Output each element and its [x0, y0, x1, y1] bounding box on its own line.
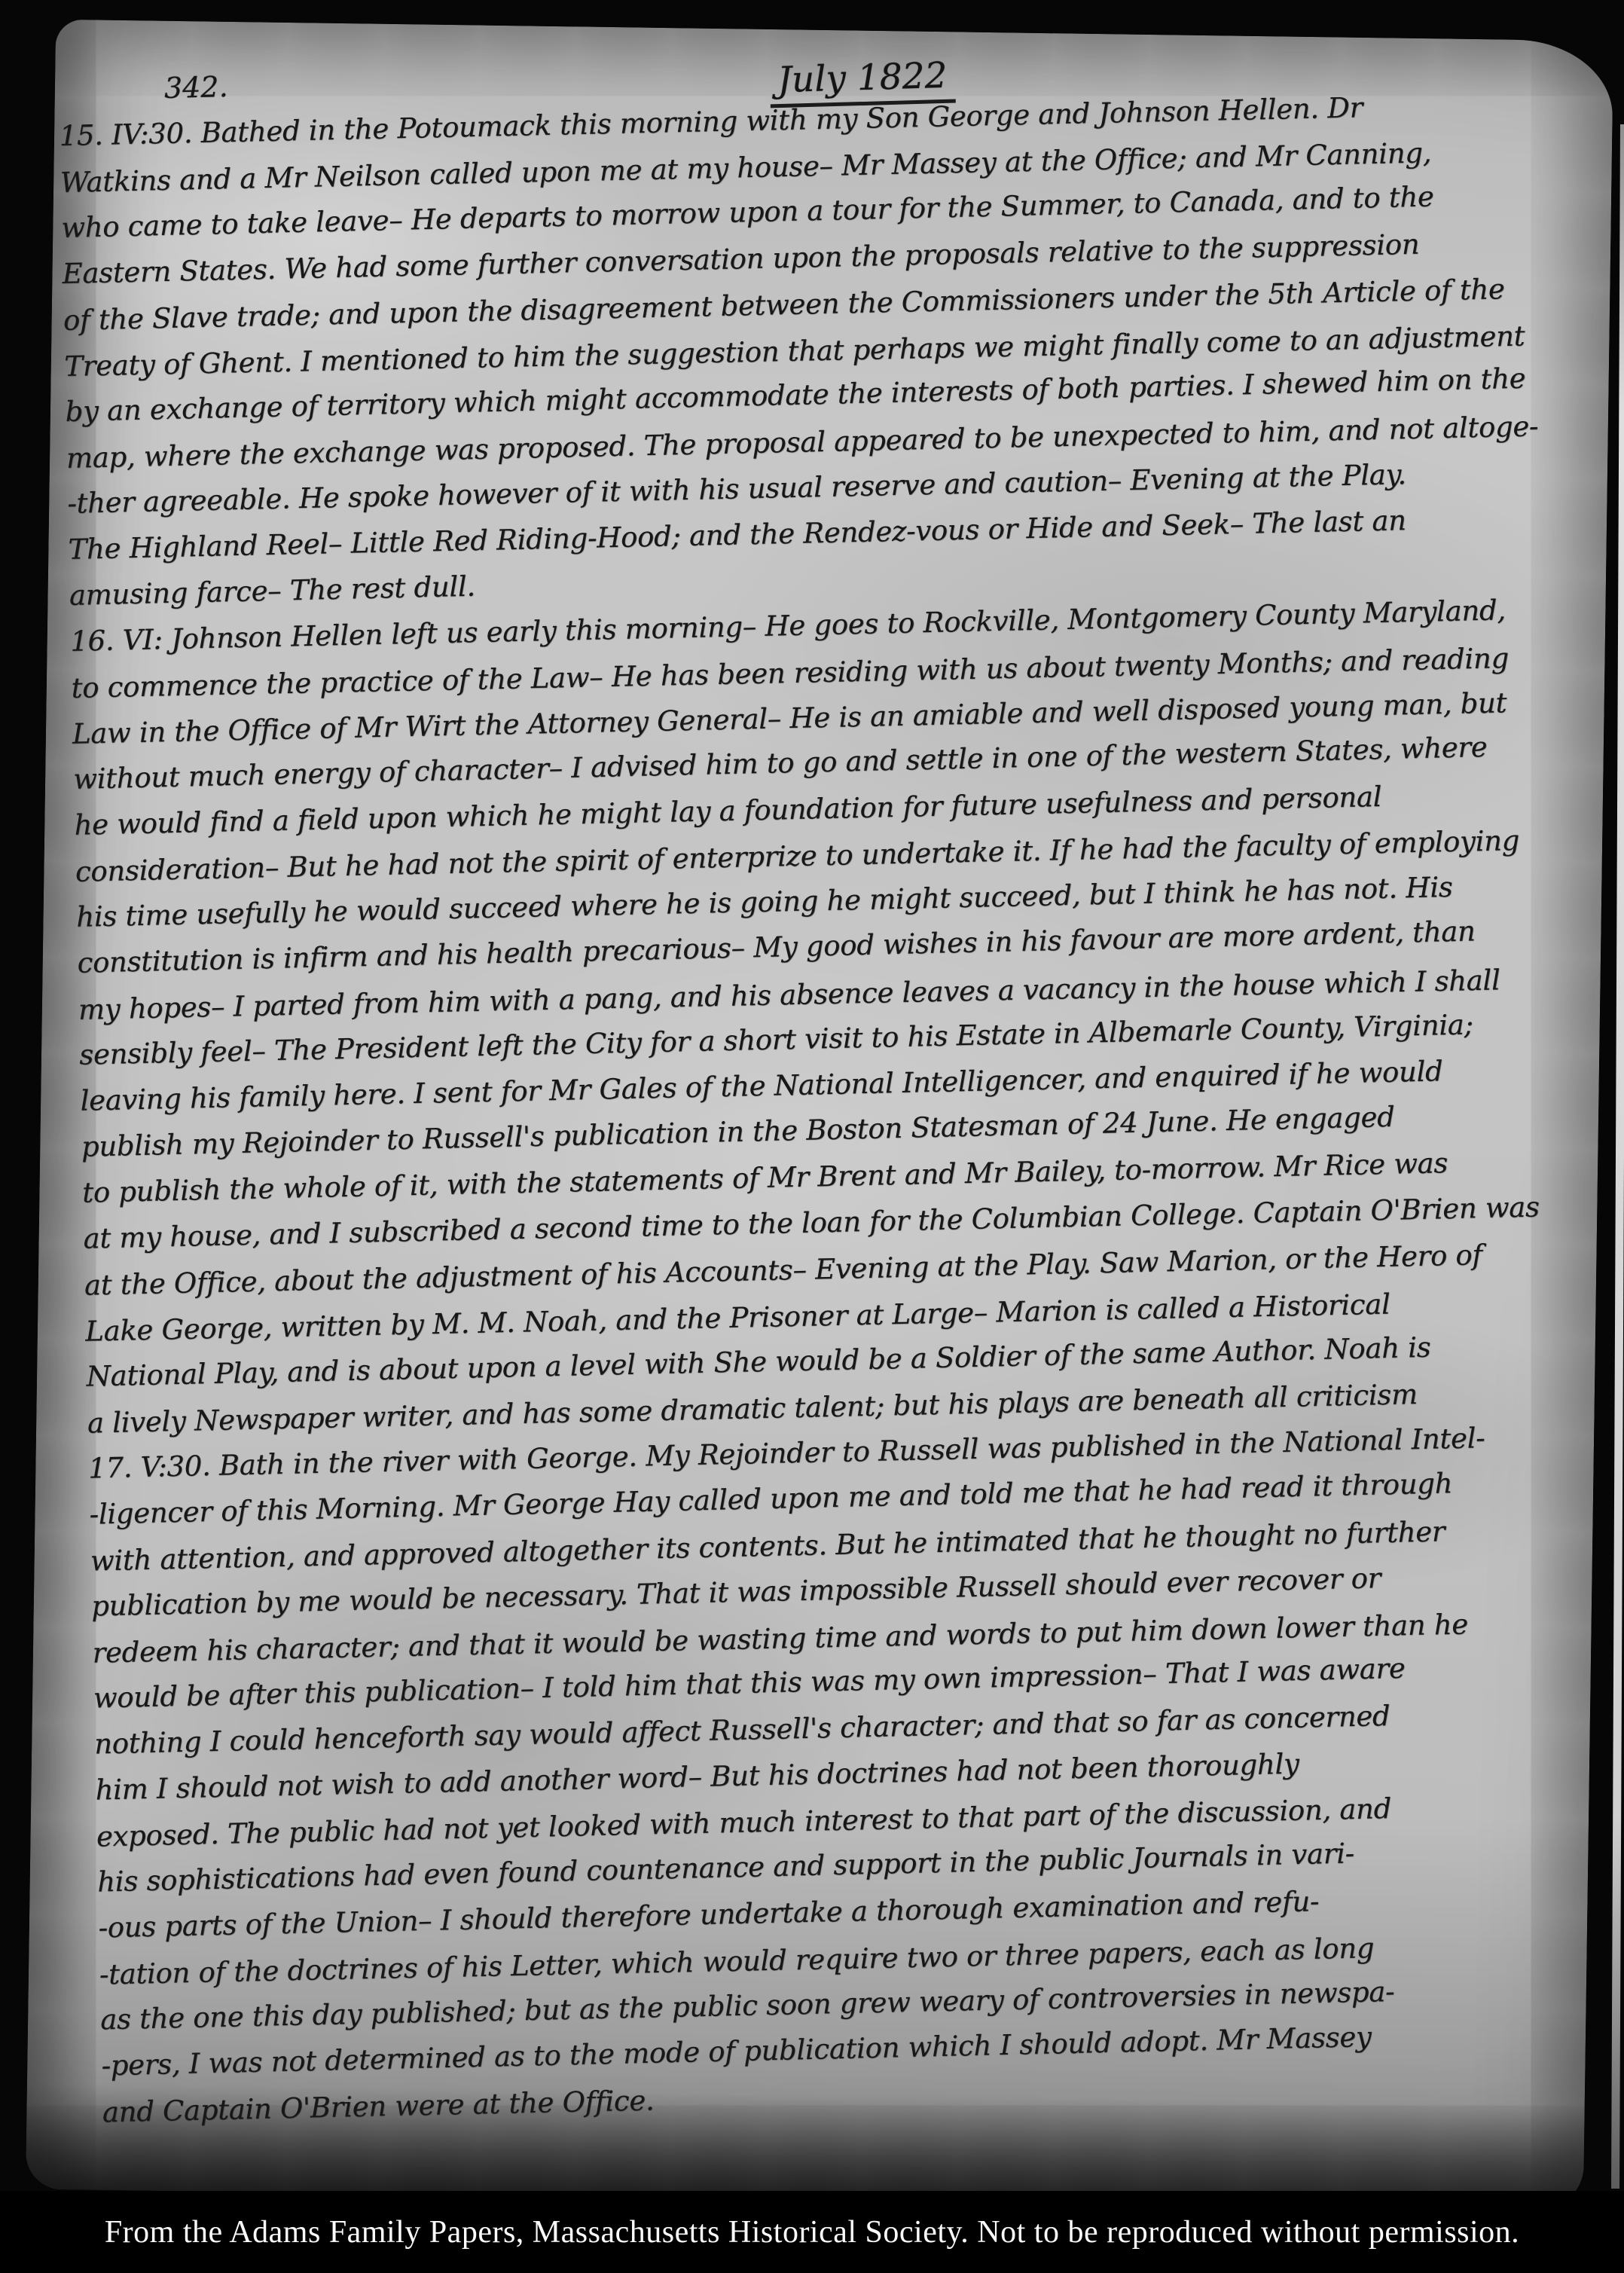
- manuscript-text: 15. IV:30. Bathed in the Potoumack this …: [59, 80, 1616, 2134]
- adjacent-page-edge: [1611, 124, 1624, 2189]
- attribution-text: From the Adams Family Papers, Massachuse…: [105, 2214, 1519, 2250]
- manuscript-scan: 342. July 1822 15. IV:30. Bathed in the …: [0, 0, 1624, 2273]
- page-number: 342.: [163, 70, 228, 105]
- attribution-bar: From the Adams Family Papers, Massachuse…: [0, 2191, 1624, 2273]
